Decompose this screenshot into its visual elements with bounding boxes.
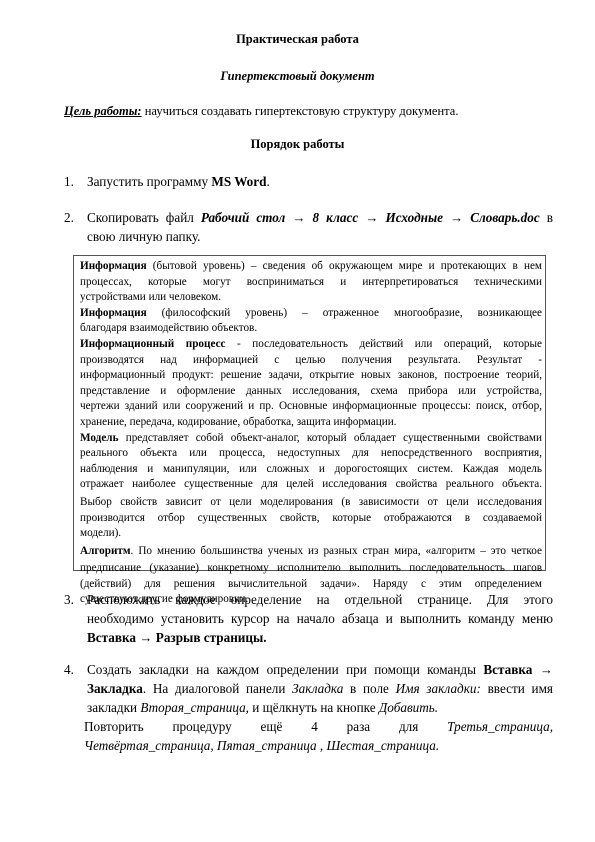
step-3: 3. Расположить каждое определение на отд… <box>64 590 553 647</box>
menu-command: Вставка → Разрыв страницы. <box>87 628 553 647</box>
document-title: Практическая работа <box>0 32 595 47</box>
file-path: Рабочий стол → 8 класс → Исходные → Слов… <box>201 210 540 225</box>
step-number: 1. <box>64 172 86 191</box>
step-2: 2. Скопировать файл Рабочий стол → 8 кла… <box>64 208 553 246</box>
definition-info-philosophical: Информация (философский уровень) – отраж… <box>80 306 542 322</box>
section-heading: Порядок работы <box>0 137 595 152</box>
document-subtitle: Гипертекстовый документ <box>0 69 595 84</box>
step-number: 4. <box>64 660 86 679</box>
goal-text: научиться создавать гипертекстовую струк… <box>142 104 459 118</box>
definition-info-household: Информация (бытовой уровень) – сведения … <box>80 259 542 275</box>
goal-label: Цель работы: <box>64 104 142 118</box>
definition-algorithm: Алгоритм. По мнению большинства ученых и… <box>80 544 542 560</box>
goal-paragraph: Цель работы: научиться создавать гиперте… <box>64 104 458 119</box>
step-number: 2. <box>64 208 86 227</box>
definition-model: Модель представляет собой объект-аналог,… <box>80 431 542 447</box>
step-4: 4. Создать закладки на каждом определени… <box>64 660 553 755</box>
definition-info-process: Информационный процесс - последовательно… <box>80 337 542 353</box>
definitions-text: Информация (бытовой уровень) – сведения … <box>80 259 542 608</box>
app-name: MS Word <box>211 174 266 189</box>
step-number: 3. <box>64 590 86 609</box>
step-1: 1. Запустить программу MS Word. <box>64 172 553 191</box>
